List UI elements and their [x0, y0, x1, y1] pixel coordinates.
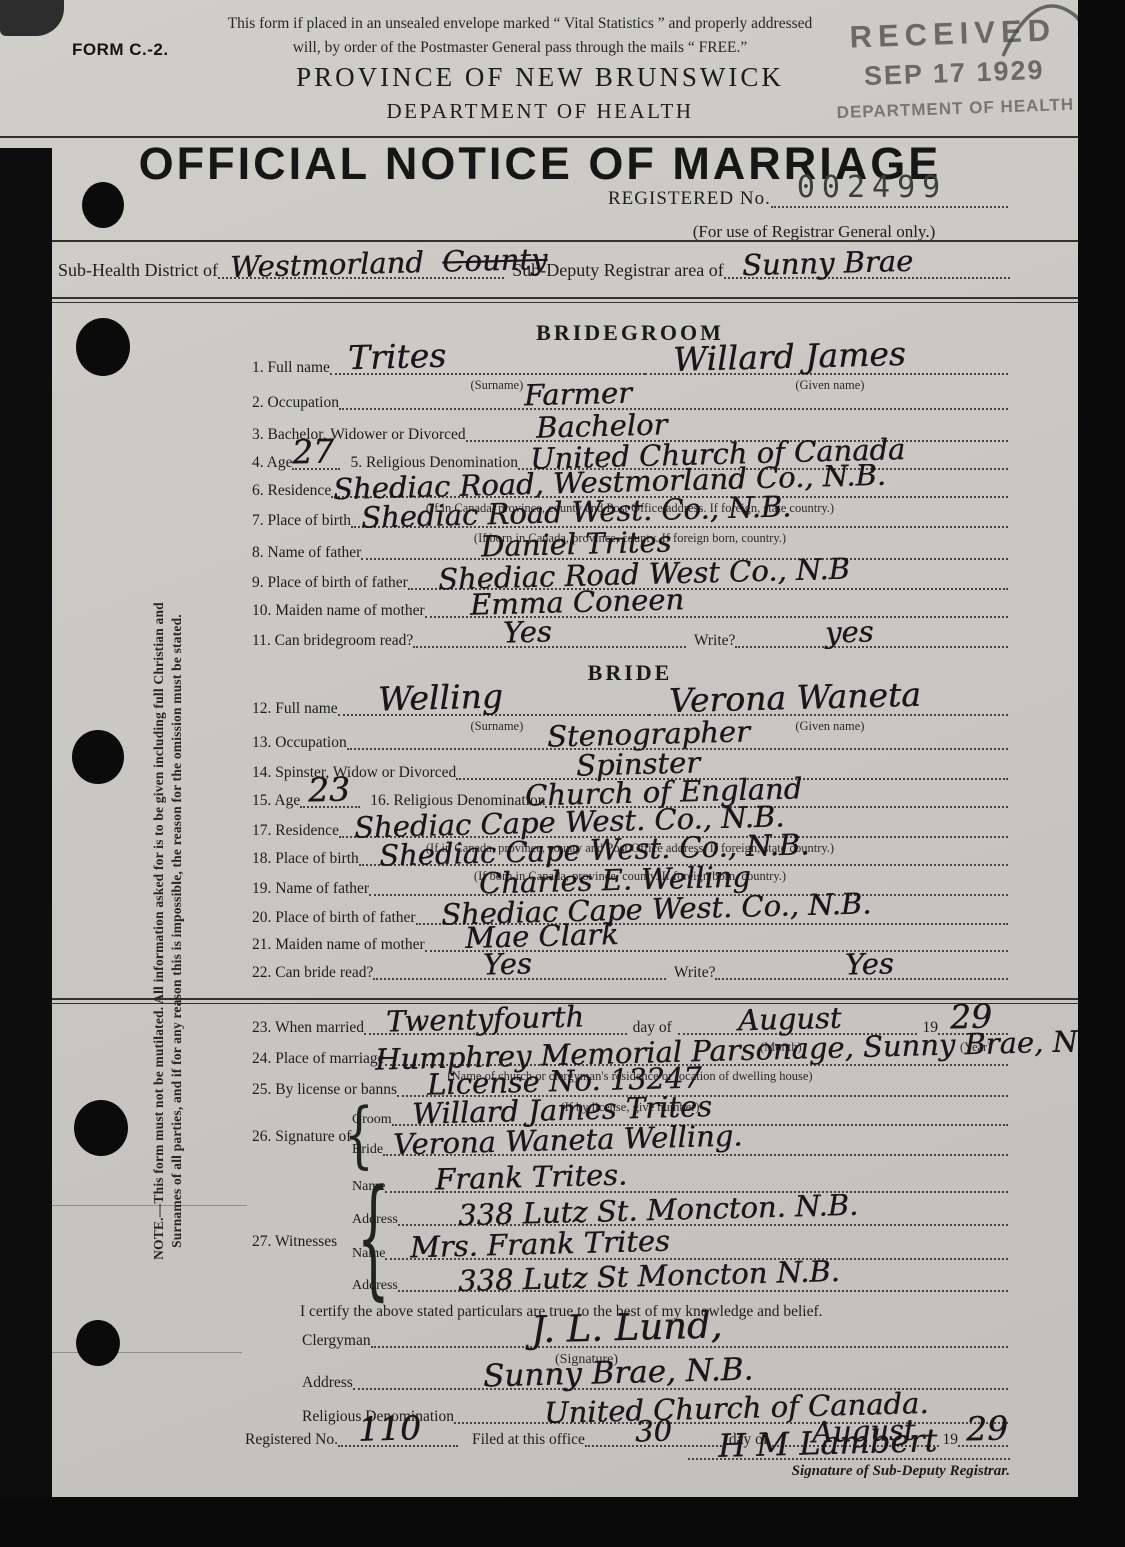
br-father-label: 19. Name of father	[252, 880, 369, 899]
handwriting-witness1-name: Frank Trites.	[435, 1157, 628, 1196]
registered-no-value: 002499	[797, 170, 947, 205]
footer-registered-line: 110	[338, 1445, 458, 1447]
bg-age-line: 27	[292, 468, 340, 470]
handwriting-br-surname: Welling	[377, 676, 503, 718]
sub-health-district-label: Sub-Health District of	[58, 260, 218, 282]
row-bg-read-write: 11. Can bridegroom read? Yes Write? yes	[252, 632, 1008, 651]
handwriting-bg-age: 27	[292, 431, 335, 471]
scan-edge-left	[0, 148, 52, 1497]
margin-note: NOTE.—This form must not be mutilated. A…	[150, 530, 186, 1332]
bg-read-label: 11. Can bridegroom read?	[252, 632, 413, 651]
bg-age-label: 4. Age	[252, 454, 292, 473]
registrar-signature-line: H M Lambert	[688, 1438, 1010, 1460]
footer-registered-label: Registered No.	[245, 1431, 338, 1450]
row-br-father-birthplace: 20. Place of birth of father Shediac Cap…	[252, 909, 1008, 928]
witness2-address-label: Address	[352, 1278, 398, 1295]
row-witness1-address: Address 338 Lutz St. Moncton. N.B.	[352, 1212, 1008, 1229]
witness1-address-label: Address	[352, 1212, 398, 1229]
handwriting-district-struck: County	[442, 241, 548, 278]
crease-line	[52, 1205, 247, 1206]
filed-label: Filed at this office	[458, 1431, 585, 1450]
registered-no-row: REGISTERED No. 002499	[608, 188, 1008, 211]
punch-hole	[72, 730, 124, 784]
br-read-line: Yes	[373, 978, 666, 980]
witness1-address-line: 338 Lutz St. Moncton. N.B.	[398, 1224, 1008, 1226]
row-witness2-address: Address 338 Lutz St Moncton N.B.	[352, 1278, 1008, 1295]
area-line: Sunny Brae	[724, 277, 1010, 279]
bg-birthplace-line: Shediac Road West. Co., N.B.	[351, 526, 1008, 528]
bride-signature-line: Verona Waneta Welling.	[383, 1154, 1008, 1156]
handwriting-bg-givenname: Willard James	[673, 334, 907, 379]
punch-hole	[76, 318, 130, 376]
handwriting-area: Sunny Brae	[741, 243, 913, 281]
br-read-label: 22. Can bride read?	[252, 964, 373, 983]
place-of-marriage-label: 24. Place of marriage	[252, 1050, 385, 1069]
when-married-label: 23. When married	[252, 1019, 364, 1038]
registered-no-line: 002499	[771, 206, 1008, 208]
br-birthplace-label: 18. Place of birth	[252, 850, 359, 869]
handwriting-clergyman-address: Sunny Brae, N.B.	[482, 1351, 753, 1394]
bg-mother-label: 10. Maiden name of mother	[252, 602, 425, 621]
handwriting-br-givenname: Verona Waneta	[669, 674, 922, 720]
row-clergyman: Clergyman J. L. Lund,	[302, 1332, 1008, 1351]
br-occupation-label: 13. Occupation	[252, 734, 347, 753]
scan-edge-right	[1078, 0, 1125, 1547]
horizontal-rule	[0, 302, 1078, 303]
bg-write-line: yes	[735, 646, 1008, 648]
bride-label: Bride	[352, 1142, 383, 1159]
when-day-line: Twentyfourth	[364, 1033, 627, 1035]
row-br-fullname: 12. Full name Welling Verona Waneta	[252, 700, 1008, 719]
bg-occupation-line: Farmer	[339, 408, 1008, 410]
clergyman-line: J. L. Lund,	[371, 1346, 1008, 1348]
br-surname-line: Welling	[338, 714, 650, 716]
bg-read-line: Yes	[413, 646, 686, 648]
row-br-mother: 21. Maiden name of mother Mae Clark	[252, 936, 1008, 955]
witnesses-label: 27. Witnesses	[252, 1233, 337, 1252]
bg-write-label: Write?	[686, 632, 736, 651]
signature-of-label: 26. Signature of	[252, 1128, 351, 1147]
license-label: 25. By license or banns	[252, 1081, 397, 1100]
handwriting-bg-surname: Trites	[347, 335, 446, 377]
mail-note-line2: will, by order of the Postmaster General…	[110, 36, 930, 60]
mail-note: This form if placed in an unsealed envel…	[110, 12, 930, 60]
br-father-birthplace-label: 20. Place of birth of father	[252, 909, 416, 928]
handwriting-br-age: 23	[308, 769, 351, 809]
br-write-line: Yes	[715, 978, 1008, 980]
groom-label: Groom	[352, 1112, 392, 1129]
handwriting-registrar-signature: H M Lambert	[718, 1421, 938, 1465]
punch-hole	[76, 1320, 120, 1366]
bg-given-hint: (Given name)	[652, 378, 1008, 393]
scan-edge-bottom	[0, 1497, 1125, 1547]
row-br-read-write: 22. Can bride read? Yes Write? Yes	[252, 964, 1008, 983]
bg-father-label: 8. Name of father	[252, 544, 361, 563]
mail-note-line1: This form if placed in an unsealed envel…	[110, 12, 930, 36]
clergyman-label: Clergyman	[302, 1332, 371, 1351]
handwriting-clergyman-signature: J. L. Lund,	[530, 1303, 722, 1351]
registrar-only-note: (For use of Registrar General only.)	[640, 222, 988, 242]
bg-residence-label: 6. Residence	[252, 482, 331, 501]
row-bride-signature: Bride Verona Waneta Welling.	[352, 1142, 1008, 1159]
punch-hole	[82, 182, 124, 228]
handwriting-filed-day: 30	[634, 1413, 672, 1448]
handwriting-bg-read: Yes	[503, 614, 553, 649]
form-number: FORM C.-2.	[72, 40, 169, 60]
horizontal-rule	[0, 297, 1078, 299]
bg-givenname-line: Willard James	[645, 373, 1008, 375]
clergyman-address-label: Address	[302, 1374, 353, 1393]
handwriting-br-write: Yes	[845, 946, 895, 981]
handwriting-when-day: Twentyfourth	[386, 999, 585, 1038]
witness1-name-label: Name	[352, 1179, 385, 1196]
registrar-signature-caption: Signature of Sub-Deputy Registrar.	[688, 1463, 1010, 1480]
br-mother-label: 21. Maiden name of mother	[252, 936, 425, 955]
br-age-line: 23	[300, 806, 360, 808]
handwriting-br-read: Yes	[483, 946, 533, 981]
handwriting-footer-registered: 110	[357, 1408, 421, 1449]
bg-surname-line: Trites	[330, 373, 645, 375]
bg-birthplace-label: 7. Place of birth	[252, 512, 351, 531]
br-residence-label: 17. Residence	[252, 822, 339, 841]
signature-brace: {	[344, 1098, 374, 1170]
registered-no-label: REGISTERED No.	[608, 188, 771, 211]
scanned-marriage-form: This form if placed in an unsealed envel…	[0, 0, 1125, 1547]
br-status-label: 14. Spinster, Widow or Divorced	[252, 764, 456, 783]
handwriting-bg-mother: Emma Coneen	[469, 582, 684, 622]
witness2-name-label: Name	[352, 1246, 385, 1263]
district-row: Sub-Health District of Westmorland Count…	[58, 260, 1010, 282]
punch-hole	[74, 1100, 128, 1156]
district-line: Westmorland County	[218, 277, 504, 279]
bg-fullname-label: 1. Full name	[252, 359, 330, 378]
bg-father-birthplace-label: 9. Place of birth of father	[252, 574, 408, 593]
br-write-label: Write?	[666, 964, 716, 983]
br-age-label: 15. Age	[252, 792, 300, 811]
margin-note-line1: NOTE.—This form must not be mutilated. A…	[150, 530, 168, 1332]
handwriting-bg-write: yes	[825, 614, 874, 649]
handwriting-bg-occupation: Farmer	[524, 375, 633, 412]
handwriting-witness2-name: Mrs. Frank Trites	[410, 1223, 671, 1264]
bg-occupation-label: 2. Occupation	[252, 394, 339, 413]
bg-status-label: 3. Bachelor, Widower or Divorced	[252, 426, 466, 445]
row-bg-mother: 10. Maiden name of mother Emma Coneen	[252, 602, 1008, 621]
registrar-signature-block: H M Lambert Signature of Sub-Deputy Regi…	[688, 1438, 1010, 1480]
witness2-address-line: 338 Lutz St Moncton N.B.	[398, 1290, 1008, 1292]
margin-note-line2: Surnames of all parties, and if for any …	[168, 530, 186, 1332]
br-fullname-label: 12. Full name	[252, 700, 338, 719]
